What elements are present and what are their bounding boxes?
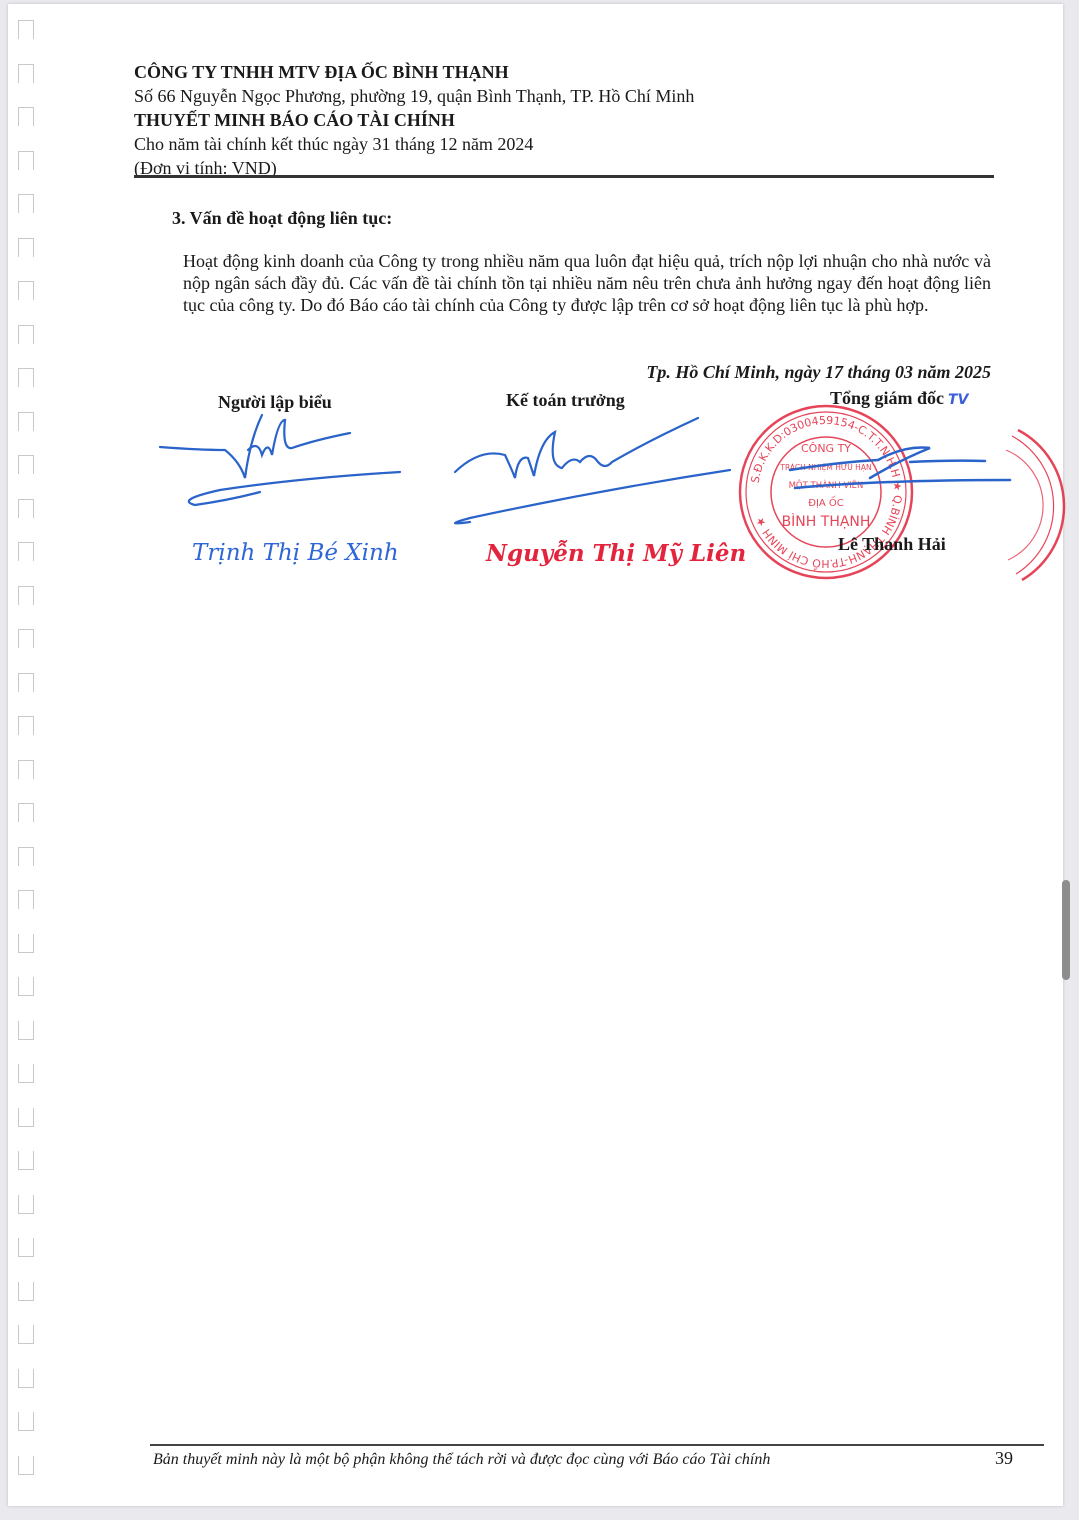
footer-note: Bản thuyết minh này là một bộ phận không… [153,1451,770,1469]
binder-hole [18,977,34,996]
binder-hole [18,1456,34,1475]
header-divider [134,175,994,178]
company-name: CÔNG TY TNHH MTV ĐỊA ỐC BÌNH THẠNH [134,60,994,84]
binder-hole [18,325,34,344]
place-date: Tp. Hồ Chí Minh, ngày 17 tháng 03 năm 20… [646,362,991,383]
binder-hole [18,107,34,126]
chief-accountant-name: Nguyễn Thị Mỹ Liên [486,540,746,567]
role-chief-accountant: Kế toán trưởng [506,390,625,411]
binder-hole [18,542,34,561]
role-general-director: Tổng giám đốcTV [830,388,968,409]
binder-hole [18,1195,34,1214]
binder-holes [14,14,44,1474]
binder-hole [18,1238,34,1257]
company-address: Số 66 Nguyễn Ngọc Phương, phường 19, quậ… [134,84,994,108]
binder-hole [18,890,34,909]
binder-hole [18,20,34,39]
document-header: CÔNG TY TNHH MTV ĐỊA ỐC BÌNH THẠNH Số 66… [134,60,994,180]
binder-hole [18,1325,34,1344]
document-page [8,4,1063,1506]
binder-hole [18,151,34,170]
binder-hole [18,716,34,735]
binder-hole [18,673,34,692]
page-number: 39 [995,1448,1013,1469]
binder-hole [18,64,34,83]
binder-hole [18,194,34,213]
binder-hole [18,1412,34,1431]
role-general-director-label: Tổng giám đốc [830,388,944,408]
binder-hole [18,1108,34,1127]
binder-hole [18,1064,34,1083]
binder-hole [18,1151,34,1170]
binder-hole [18,281,34,300]
report-title: THUYẾT MINH BÁO CÁO TÀI CHÍNH [134,108,994,132]
binder-hole [18,499,34,518]
binder-hole [18,629,34,648]
general-director-name: Lê Thanh Hải [838,534,946,555]
binder-hole [18,803,34,822]
footer-divider [150,1444,1044,1446]
binder-hole [18,368,34,387]
binder-hole [18,760,34,779]
binder-hole [18,847,34,866]
binder-hole [18,1282,34,1301]
binder-hole [18,412,34,431]
vertical-scrollbar-thumb[interactable] [1062,880,1070,980]
role-preparer: Người lập biểu [218,392,332,413]
report-period: Cho năm tài chính kết thúc ngày 31 tháng… [134,132,994,156]
initials-mark: TV [948,392,968,408]
binder-hole [18,455,34,474]
binder-hole [18,934,34,953]
binder-hole [18,1369,34,1388]
preparer-name: Trịnh Thị Bé Xinh [192,540,399,566]
binder-hole [18,238,34,257]
section-paragraph: Hoạt động kinh doanh của Công ty trong n… [183,250,991,316]
binder-hole [18,586,34,605]
section-title: 3. Vấn đề hoạt động liên tục: [172,208,392,229]
binder-hole [18,1021,34,1040]
